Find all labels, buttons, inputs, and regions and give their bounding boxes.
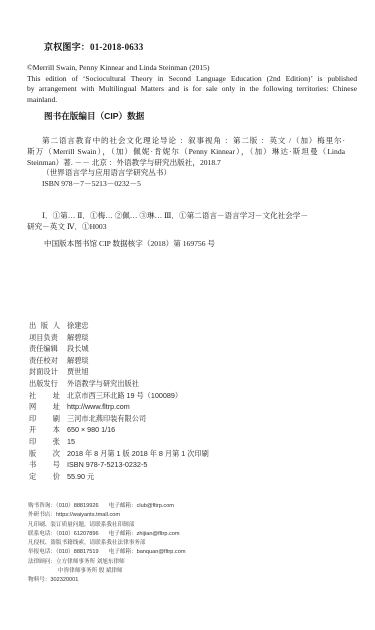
legal-counsel: 法律顾问：立方律师事务所 刘旭东律师: [28, 558, 185, 567]
rights-notice: ©Merrill Swain, Penny Kinnear and Linda …: [27, 63, 357, 105]
credit-key: 网址: [29, 401, 60, 413]
credit-value: 解碧琰: [67, 355, 89, 367]
credit-key: 封面设计: [29, 366, 67, 378]
credit-value: 解碧琰: [67, 332, 89, 344]
publication-credits: 出版人 徐建忠 项目负责 解碧琰 责任编辑 段长城 责任校对 解碧琰 封面设计 …: [29, 320, 209, 482]
credit-value: ISBN 978-7-5213-0232-5: [67, 459, 147, 471]
quality-contact: 联系电话：（010）61207896电子邮箱：zhijian@fltrp.com: [28, 530, 185, 539]
credit-key: 责任校对: [29, 355, 67, 367]
credit-value: 2018 年 8 月第 1 版 2018 年 8 月第 1 次印刷: [67, 448, 209, 460]
credit-value: 北京市西三环北路 19 号（100089）: [67, 390, 182, 402]
credit-key: 定价: [29, 471, 60, 483]
credit-project-lead: 项目负责 解碧琰: [29, 332, 209, 344]
legal-counsel-2: 中咨律师事务所 殷 斌律师: [28, 567, 185, 576]
report-contact: 举报电话：（010）88817519电子邮箱：banquan@fltrp.com: [28, 548, 185, 557]
cip-isbn: ISBN 978－7－5213－0232－5: [27, 179, 345, 190]
cip-title: 图书在版编目（CIP）数据: [44, 110, 144, 122]
credit-address: 社址 北京市西三环北路 19 号（100089）: [29, 390, 209, 402]
credit-value: 段长城: [67, 343, 89, 355]
cip-entry: 第二语言教育中的社会文化理论导论 ：叙事视角 ：第二版 ：英文 /（加）梅里尔·…: [27, 136, 345, 190]
quality-notice: 凡印刷、装订质量问题，请联系我社印制部: [28, 521, 185, 530]
credit-edition: 版次 2018 年 8 月第 1 版 2018 年 8 月第 1 次印刷: [29, 448, 209, 460]
purchase-inquiry: 购书咨询：（010）88819926电子邮箱：club@fltrp.com: [28, 502, 185, 511]
cip-classification-line: 研究－英文 Ⅳ．①H003: [27, 221, 345, 232]
credit-value: 三河市北燕印装有限公司: [67, 413, 146, 425]
credit-key: 开本: [29, 424, 60, 436]
credit-key: 版次: [29, 448, 60, 460]
rights-line: mainland.: [27, 95, 357, 106]
credit-value: http://www.fltrp.com: [67, 401, 130, 413]
online-store-url: https://waiyants.tmall.com: [56, 512, 120, 518]
credit-distributor: 出版发行 外语教学与研究出版社: [29, 378, 209, 390]
credit-value: 650 × 980 1/16: [67, 424, 115, 436]
credit-key: 出版发行: [29, 378, 67, 390]
credit-value: 外语教学与研究出版社: [67, 378, 139, 390]
credit-key: 项目负责: [29, 332, 67, 344]
rights-line: by arrangement with Multilingual Matters…: [27, 84, 357, 95]
purchase-email: club@fltrp.com: [137, 503, 174, 509]
quality-email: zhijian@fltrp.com: [137, 531, 180, 537]
credit-publisher-person: 出版人 徐建忠: [29, 320, 209, 332]
credit-key: 出版人: [29, 320, 60, 332]
rights-line: This edition of ‘Sociocultural Theory in…: [27, 74, 357, 85]
cip-classification: Ⅰ．①第… Ⅱ．①梅… ②佩… ③琳… Ⅲ．①第二语言－语言学习－文化社会学－ …: [27, 210, 345, 232]
credit-value: 贾世旭: [67, 366, 89, 378]
copyright-registration-number: 01-2018-0633: [90, 42, 143, 52]
online-store: 外研书店：https://waiyants.tmall.com: [28, 511, 185, 520]
credit-key: 社址: [29, 390, 60, 402]
credit-key: 印刷: [29, 413, 60, 425]
credit-value: 徐建忠: [67, 320, 89, 332]
credit-proofreader: 责任校对 解碧琰: [29, 355, 209, 367]
cip-entry-line: 第二语言教育中的社会文化理论导论 ：叙事视角 ：第二版 ：英文 /（加）梅里尔·: [27, 136, 345, 147]
report-email: banquan@fltrp.com: [137, 549, 186, 555]
credit-value: 15: [67, 436, 75, 448]
credit-key: 责任编辑: [29, 343, 67, 355]
cip-classification-line: Ⅰ．①第… Ⅱ．①梅… ②佩… ③琳… Ⅲ．①第二语言－语言学习－文化社会学－: [27, 210, 345, 221]
cip-entry-line: Steinman）著. －－ 北京 ：外语教学与研究出版社，2018.7: [27, 158, 345, 169]
material-number: 物料号：302320001: [28, 576, 185, 585]
credit-editor: 责任编辑 段长城: [29, 343, 209, 355]
credit-isbn: 书号 ISBN 978-7-5213-0232-5: [29, 459, 209, 471]
credit-sheets: 印张 15: [29, 436, 209, 448]
credit-value: 55.90 元: [67, 471, 94, 483]
cip-series: （世界语言学与应用语言学研究丛书）: [27, 168, 345, 179]
piracy-notice: 凡侵权、盗版书籍线索，请联系我社法律事务部: [28, 539, 185, 548]
credit-key: 印张: [29, 436, 60, 448]
copyright-holders: ©Merrill Swain, Penny Kinnear and Linda …: [27, 63, 357, 74]
credit-cover-design: 封面设计 贾世旭: [29, 366, 209, 378]
cip-entry-line: 斯万（Merrill Swain），（加）佩妮·肯妮尔（Penny Kinnea…: [27, 147, 345, 158]
copyright-registration: 京权图字：01-2018-0633: [44, 40, 143, 53]
copyright-registration-label: 京权图字：: [44, 42, 90, 52]
contact-info: 购书咨询：（010）88819926电子邮箱：club@fltrp.com 外研…: [28, 502, 185, 586]
credit-key: 书号: [29, 459, 60, 471]
cip-verification: 中国版本图书馆 CIP 数据核字（2018）第 169756 号: [44, 238, 215, 249]
credit-website: 网址 http://www.fltrp.com: [29, 401, 209, 413]
credit-printer: 印刷 三河市北燕印装有限公司: [29, 413, 209, 425]
credit-format: 开本 650 × 980 1/16: [29, 424, 209, 436]
credit-price: 定价 55.90 元: [29, 471, 209, 483]
